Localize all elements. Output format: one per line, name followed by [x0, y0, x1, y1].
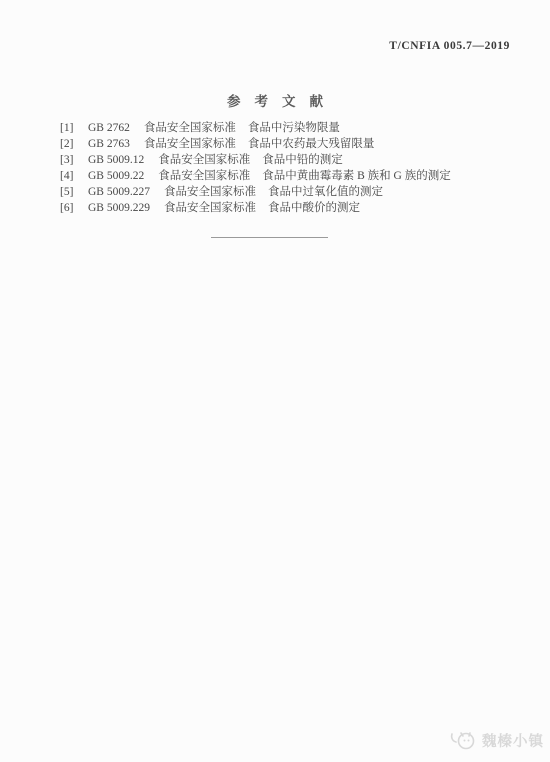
reference-code: GB 5009.12: [88, 154, 144, 166]
reference-code: GB 5009.22: [88, 170, 144, 182]
reference-item: [5]GB 5009.227食品安全国家标准食品中过氧化值的测定: [60, 184, 530, 200]
reference-item: [6]GB 5009.229食品安全国家标准食品中酸价的测定: [60, 200, 530, 216]
reference-code: GB 5009.229: [88, 202, 150, 214]
reference-name: 食品中黄曲霉毒素 B 族和 G 族的测定: [262, 170, 450, 182]
reference-item: [1]GB 2762食品安全国家标准食品中污染物限量: [60, 120, 530, 136]
watermark-label: 魏榛小镇: [482, 730, 544, 751]
reference-org: 食品安全国家标准: [144, 122, 236, 134]
reference-index: [4]: [60, 168, 88, 184]
reference-org: 食品安全国家标准: [158, 154, 250, 166]
reference-list: [1]GB 2762食品安全国家标准食品中污染物限量 [2]GB 2763食品安…: [60, 120, 530, 216]
reference-index: [3]: [60, 152, 88, 168]
reference-code: GB 5009.227: [88, 186, 150, 198]
reference-name: 食品中污染物限量: [248, 122, 340, 134]
reference-index: [5]: [60, 184, 88, 200]
end-of-document-divider: [211, 237, 328, 238]
reference-name: 食品中铅的测定: [262, 154, 343, 166]
watermark-logo-icon: [448, 728, 478, 752]
reference-name: 食品中酸价的测定: [268, 202, 360, 214]
reference-item: [3]GB 5009.12食品安全国家标准食品中铅的测定: [60, 152, 530, 168]
reference-name: 食品中过氧化值的测定: [268, 186, 383, 198]
watermark: 魏榛小镇: [448, 728, 544, 752]
reference-index: [1]: [60, 120, 88, 136]
reference-item: [4]GB 5009.22食品安全国家标准食品中黄曲霉毒素 B 族和 G 族的测…: [60, 168, 530, 184]
reference-org: 食品安全国家标准: [158, 170, 250, 182]
reference-org: 食品安全国家标准: [164, 202, 256, 214]
page-title: 参考文献: [0, 90, 550, 110]
reference-code: GB 2763: [88, 138, 130, 150]
reference-index: [2]: [60, 136, 88, 152]
reference-code: GB 2762: [88, 122, 130, 134]
standard-code-header: T/CNFIA 005.7—2019: [389, 40, 510, 52]
reference-index: [6]: [60, 200, 88, 216]
reference-org: 食品安全国家标准: [144, 138, 236, 150]
reference-org: 食品安全国家标准: [164, 186, 256, 198]
reference-item: [2]GB 2763食品安全国家标准食品中农药最大残留限量: [60, 136, 530, 152]
reference-name: 食品中农药最大残留限量: [248, 138, 375, 150]
